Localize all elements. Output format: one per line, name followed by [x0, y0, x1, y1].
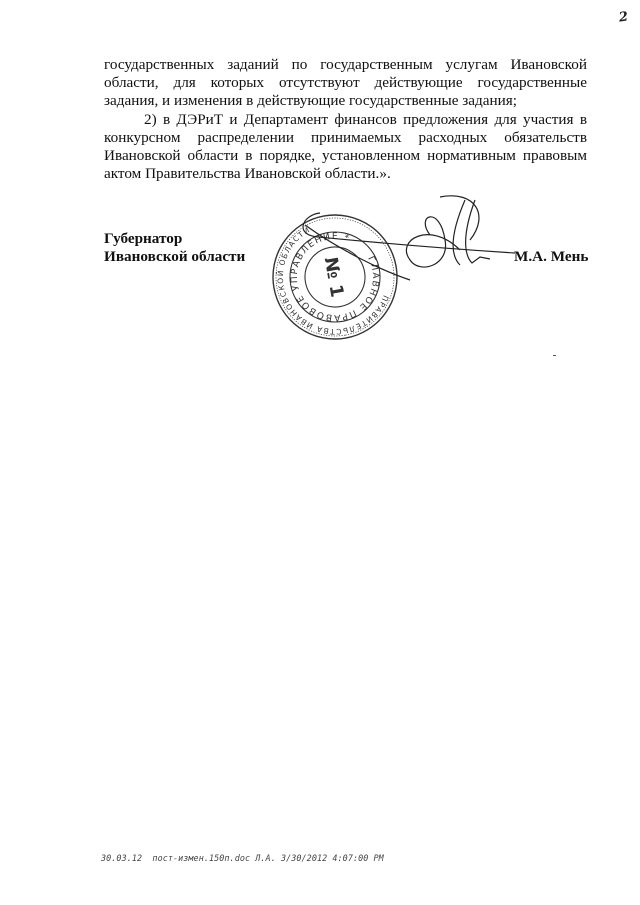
signatory-name: М.А. Мень	[514, 248, 588, 266]
paragraph-2-line-4: актом Правительства Ивановской области.»…	[104, 165, 587, 183]
paragraph-2-line-2: конкурсном распределении принимаемых рас…	[104, 129, 587, 147]
paragraph-2-line-3: Ивановской области в порядке, установлен…	[104, 147, 587, 165]
handwritten-page-number: 2	[618, 9, 629, 25]
paragraph-1-line-2: области, для которых отсутствуют действу…	[104, 74, 587, 92]
paragraph-1-line-3: задания, и изменения в действующие госуд…	[104, 92, 587, 110]
document-footer: 30.03.12 пост-измен.150п.doc Л.А. 3/30/2…	[101, 853, 384, 863]
position-line-1: Губернатор	[104, 230, 245, 248]
signatory-position: Губернатор Ивановской области	[104, 230, 245, 266]
handwritten-signature	[300, 195, 520, 285]
document-body: государственных заданий по государственн…	[104, 56, 587, 183]
scan-speck	[553, 355, 556, 356]
paragraph-1-line-1: государственных заданий по государственн…	[104, 56, 587, 74]
paragraph-2-line-1: 2) в ДЭРиТ и Департамент финансов предло…	[104, 111, 587, 129]
position-line-2: Ивановской области	[104, 248, 245, 266]
